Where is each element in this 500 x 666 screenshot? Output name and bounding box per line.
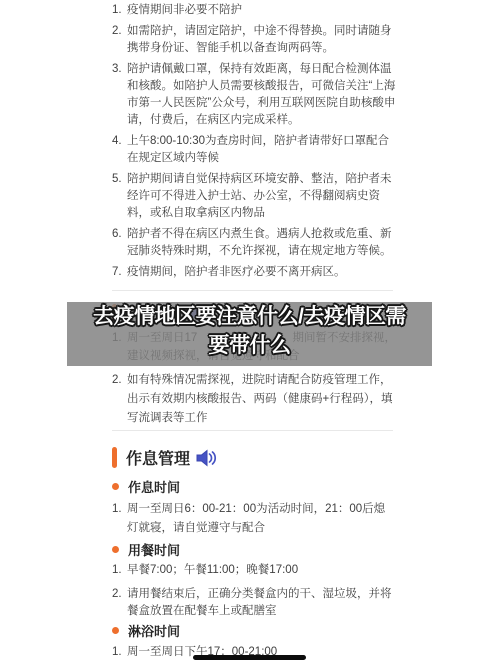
list-item-text: 如有特殊情况需探视，进院时请配合防疫管理工作，出示有效期内核酸报告、两码（健康码… bbox=[127, 371, 396, 428]
bullet-dot-icon bbox=[112, 483, 119, 490]
caption-line: 要带什么 bbox=[67, 332, 432, 360]
list-item-text: 上午8:00-10:30为查房时间，陪护者请带好口罩配合在规定区域内等候 bbox=[127, 133, 396, 167]
list-item-number: 1. bbox=[112, 562, 127, 579]
list-item-number: 1. bbox=[112, 500, 127, 537]
list-item-text: 请用餐结束后，正确分类餐盒内的干、湿垃圾，并将餐盒放置在配餐车上或配膳室 bbox=[127, 586, 396, 620]
section-header-schedule: 作息管理 bbox=[112, 446, 396, 469]
caption-line: 去疫情地区要注意什么/去疫情区需 bbox=[67, 303, 432, 331]
subsection-title-text: 用餐时间 bbox=[128, 540, 180, 559]
list-item-text: 陪护请佩戴口罩，保持有效距离，每日配合检测体温和核酸。如陪护人员需要核酸报告，可… bbox=[127, 61, 396, 129]
list-item-number: 4. bbox=[112, 133, 127, 167]
list-item-number: 2. bbox=[112, 586, 127, 620]
speaker-icon[interactable] bbox=[196, 449, 218, 467]
bullet-dot-icon bbox=[112, 546, 119, 553]
list-item-number: 1. bbox=[112, 644, 127, 661]
list-item: 1. 早餐7:00；午餐11:00；晚餐17:00 bbox=[112, 562, 396, 579]
list-item: 2. 如有特殊情况需探视，进院时请配合防疫管理工作，出示有效期内核酸报告、两码（… bbox=[112, 371, 396, 428]
companion-rules-list: 1. 疫情期间非必要不陪护 2. 如需陪护，请固定陪护，中途不得替换。同时请随身… bbox=[112, 2, 396, 285]
divider bbox=[112, 290, 393, 291]
underline-annotation bbox=[193, 655, 306, 660]
list-item-number: 6. bbox=[112, 226, 127, 260]
list-item-number: 7. bbox=[112, 264, 127, 281]
list-item: 4. 上午8:00-10:30为查房时间，陪护者请带好口罩配合在规定区域内等候 bbox=[112, 133, 396, 167]
list-item-number: 2. bbox=[112, 371, 127, 428]
subsection-title-sleep: 作息时间 bbox=[112, 477, 396, 496]
list-item-number: 5. bbox=[112, 171, 127, 222]
list-item: 1. 周一至周日6：00-21：00为活动时间，21：00后熄灯就寝，请自觉遵守… bbox=[112, 500, 396, 537]
list-item-number: 3. bbox=[112, 61, 127, 129]
divider bbox=[112, 430, 393, 431]
section-title: 作息管理 bbox=[126, 446, 190, 469]
sleep-time-list: 1. 周一至周日6：00-21：00为活动时间，21：00后熄灯就寝，请自觉遵守… bbox=[112, 500, 396, 541]
list-item-text: 疫情期间非必要不陪护 bbox=[127, 2, 396, 19]
list-item-text: 周一至周日6：00-21：00为活动时间，21：00后熄灯就寝，请自觉遵守与配合 bbox=[127, 500, 396, 537]
subsection-title-text: 作息时间 bbox=[128, 477, 180, 496]
bullet-dot-icon bbox=[112, 627, 119, 634]
list-item: 3. 陪护请佩戴口罩，保持有效距离，每日配合检测体温和核酸。如陪护人员需要核酸报… bbox=[112, 61, 396, 129]
list-item: 1. 疫情期间非必要不陪护 bbox=[112, 2, 396, 19]
meal-time-list: 1. 早餐7:00；午餐11:00；晚餐17:00 2. 请用餐结束后，正确分类… bbox=[112, 562, 396, 627]
list-item-number: 2. bbox=[112, 23, 127, 57]
list-item-text: 早餐7:00；午餐11:00；晚餐17:00 bbox=[127, 562, 396, 579]
subsection-title-text: 淋浴时间 bbox=[128, 621, 180, 640]
list-item: 2. 如需陪护，请固定陪护，中途不得替换。同时请随身携带身份证、智能手机以备查询… bbox=[112, 23, 396, 57]
list-item-number: 1. bbox=[112, 2, 127, 19]
list-item: 7. 疫情期间，陪护者非医疗必要不离开病区。 bbox=[112, 264, 396, 281]
document-page: 1. 疫情期间非必要不陪护 2. 如需陪护，请固定陪护，中途不得替换。同时请随身… bbox=[0, 0, 500, 666]
list-item-text: 疫情期间，陪护者非医疗必要不离开病区。 bbox=[127, 264, 396, 281]
list-item: 2. 请用餐结束后，正确分类餐盒内的干、湿垃圾，并将餐盒放置在配餐车上或配膳室 bbox=[112, 586, 396, 620]
list-item: 5. 陪护期间请自觉保持病区环境安静、整洁，陪护者未经许可不得进入护士站、办公室… bbox=[112, 171, 396, 222]
subsection-title-meal: 用餐时间 bbox=[112, 540, 396, 559]
list-item: 6. 陪护者不得在病区内煮生食。遇病人抢救或危重、新冠肺炎特殊时期，不允许探视，… bbox=[112, 226, 396, 260]
section-marker-bar bbox=[112, 447, 117, 468]
list-item-text: 陪护期间请自觉保持病区环境安静、整洁，陪护者未经许可不得进入护士站、办公室，不得… bbox=[127, 171, 396, 222]
list-item-text: 陪护者不得在病区内煮生食。遇病人抢救或危重、新冠肺炎特殊时期，不允许探视，请在规… bbox=[127, 226, 396, 260]
video-caption-overlay: 去疫情地区要注意什么/去疫情区需 要带什么 bbox=[67, 302, 432, 366]
list-item-text: 如需陪护，请固定陪护，中途不得替换。同时请随身携带身份证、智能手机以备查询两码等… bbox=[127, 23, 396, 57]
subsection-title-shower: 淋浴时间 bbox=[112, 621, 396, 640]
visit-rules-list: 2. 如有特殊情况需探视，进院时请配合防疫管理工作，出示有效期内核酸报告、两码（… bbox=[112, 371, 396, 432]
